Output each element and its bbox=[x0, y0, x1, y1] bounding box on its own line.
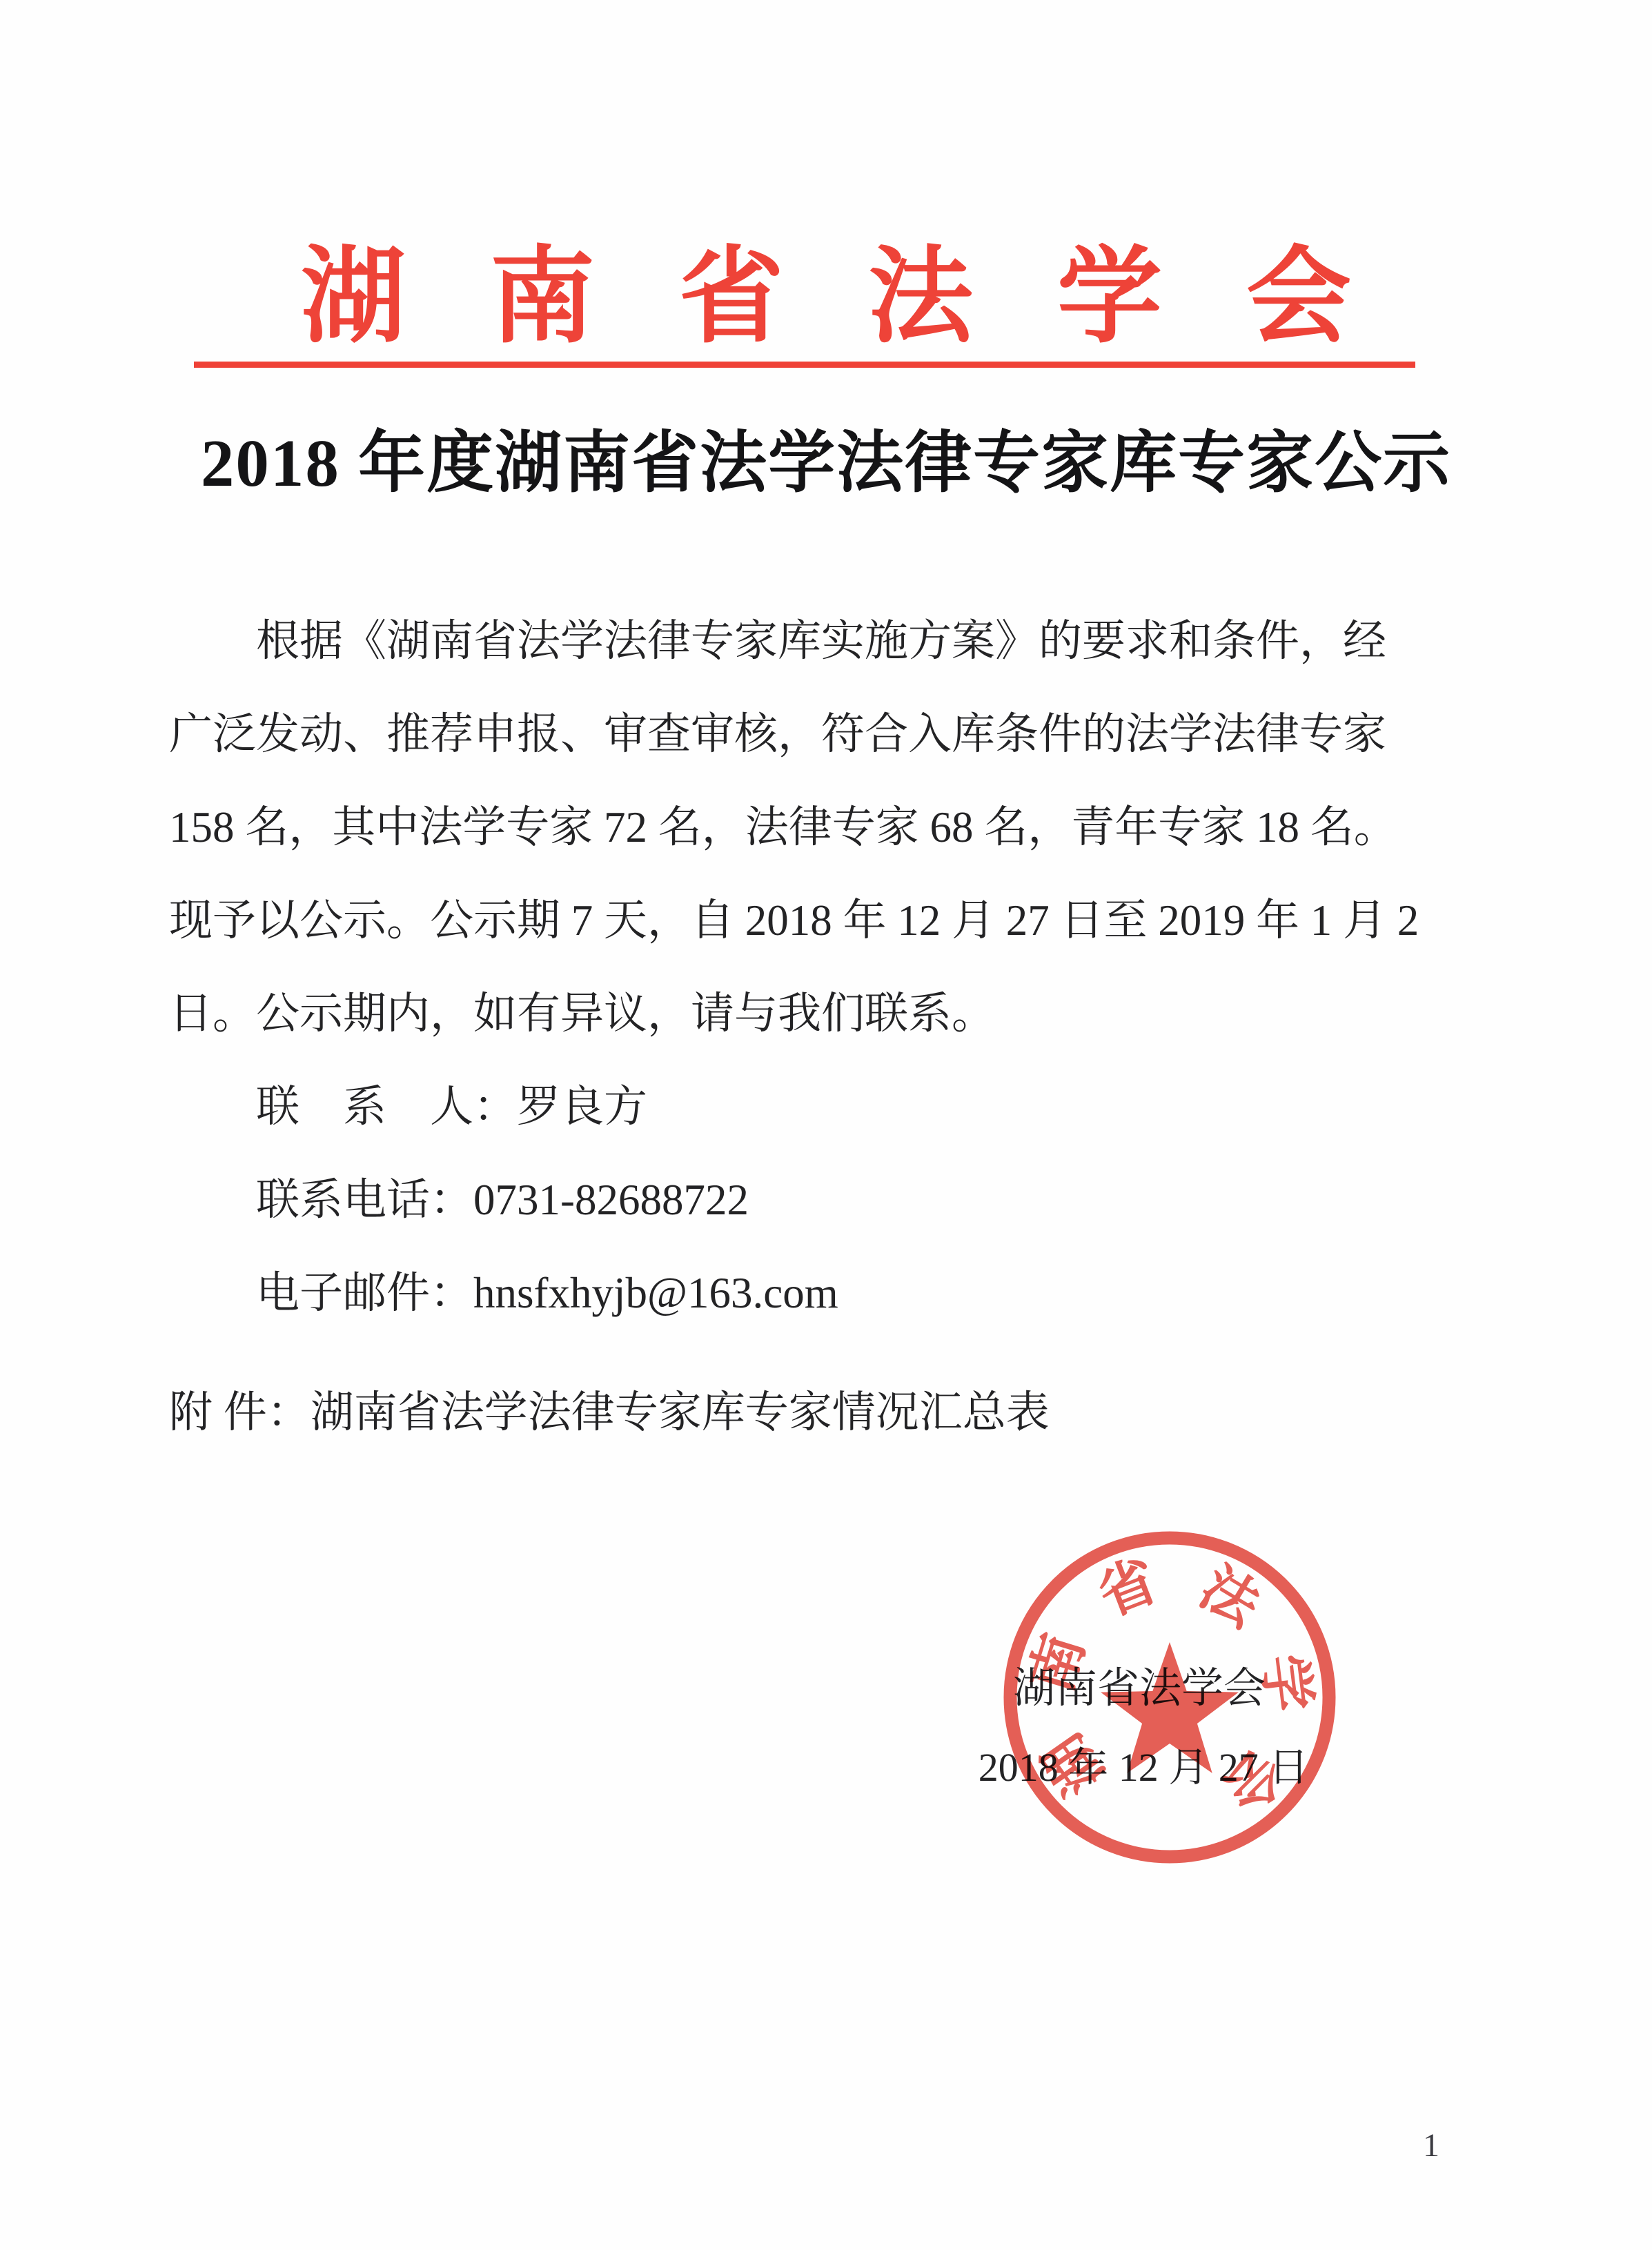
body-line: 158 名，其中法学专家 72 名，法律专家 68 名，青年专家 18 名。 bbox=[169, 781, 1494, 874]
body-line-contact-phone: 联系电话：0731-82688722 bbox=[169, 1154, 1494, 1247]
page-number: 1 bbox=[1423, 2126, 1439, 2164]
seal-char: 学 bbox=[1251, 1651, 1320, 1715]
seal-char: 南 bbox=[1019, 1627, 1096, 1699]
body-line-contact-email: 电子邮件：hnsfxhyjb@163.com bbox=[169, 1247, 1494, 1340]
body-line: 根据《湖南省法学法律专家库实施方案》的要求和条件，经 bbox=[169, 595, 1494, 688]
document-body: 根据《湖南省法学法律专家库实施方案》的要求和条件，经 广泛发动、推荐申报、审查审… bbox=[169, 595, 1494, 1340]
body-line: 广泛发动、推荐申报、审查审核，符合入库条件的法学法律专家 bbox=[169, 688, 1494, 781]
attachment-note: 附 件：湖南省法学法律专家库专家情况汇总表 bbox=[169, 1388, 1050, 1437]
official-seal-stamp-icon: 湖 南 省 法 学 会 bbox=[990, 1518, 1349, 1877]
body-line: 日。公示期内，如有异议，请与我们联系。 bbox=[169, 967, 1494, 1060]
letterhead-org-name: 湖南省法学会 bbox=[0, 213, 1652, 363]
body-line-contact-person: 联 系 人：罗良方 bbox=[169, 1060, 1494, 1154]
letterhead-rule bbox=[194, 362, 1415, 368]
document-title: 2018 年度湖南省法学法律专家库专家公示 bbox=[0, 408, 1652, 505]
seal-star-icon bbox=[1101, 1642, 1239, 1773]
body-line: 现予以公示。公示期 7 天，自 2018 年 12 月 27 日至 2019 年… bbox=[169, 874, 1494, 967]
document-page: 湖南省法学会 2018 年度湖南省法学法律专家库专家公示 根据《湖南省法学法律专… bbox=[0, 0, 1652, 2250]
